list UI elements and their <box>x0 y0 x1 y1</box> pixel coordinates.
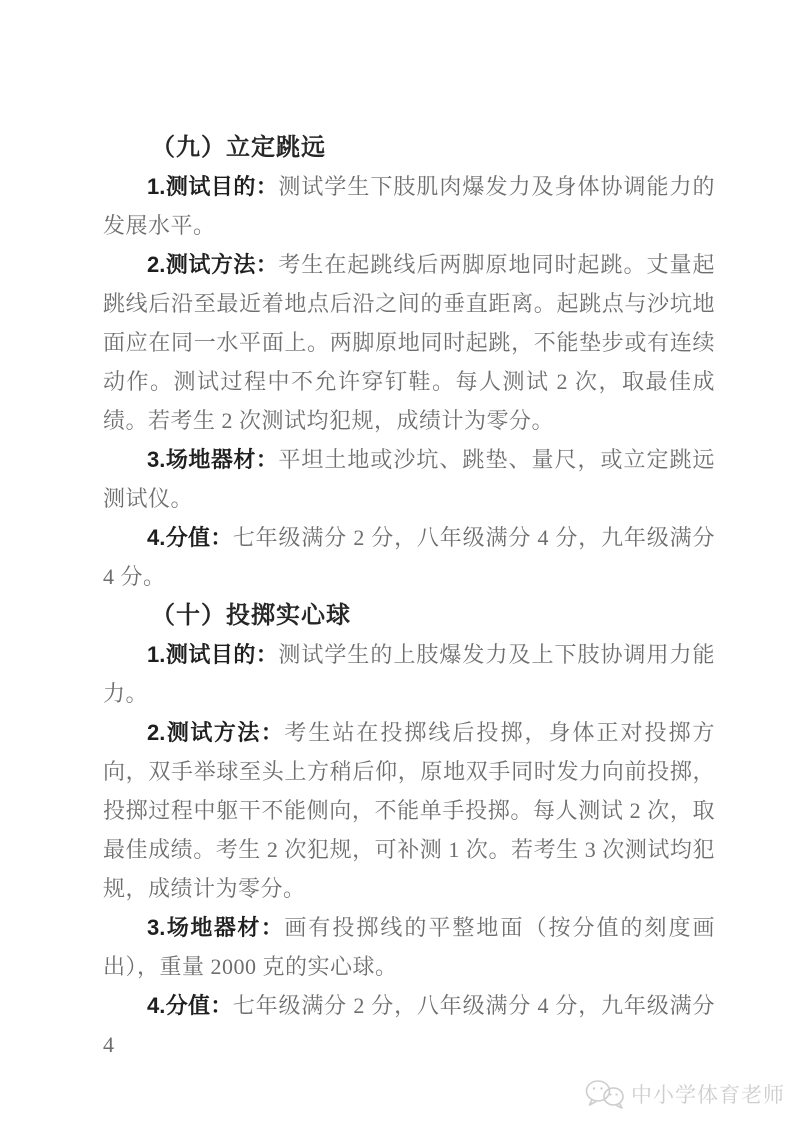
section-heading-medicine-ball-throw: （十）投掷实心球 <box>103 596 715 635</box>
paragraph-test-method: 2.测试方法：考生在起跳线后两脚原地同时起跳。丈量起跳线后沿至最近着地点后沿之间… <box>103 245 715 440</box>
paragraph-test-purpose: 1.测试目的：测试学生的上肢爆发力及上下肢协调用力能力。 <box>103 635 715 713</box>
paragraph-label: 4.分值： <box>147 993 233 1018</box>
paragraph-label: 2.测试方法： <box>147 252 278 277</box>
paragraph-label: 1.测试目的： <box>147 174 278 199</box>
paragraph-label: 2.测试方法： <box>147 720 284 745</box>
watermark-text: 中小学体育老师 <box>631 1079 785 1109</box>
section-heading-standing-long-jump: （九）立定跳远 <box>103 128 715 167</box>
paragraph-label: 4.分值： <box>147 525 233 550</box>
paragraph-equipment: 3.场地器材：画有投掷线的平整地面（按分值的刻度画出），重量 2000 克的实心… <box>103 908 715 986</box>
watermark: 中小学体育老师 <box>584 1078 785 1110</box>
paragraph-label: 1.测试目的： <box>147 642 278 667</box>
document-content: （九）立定跳远 1.测试目的：测试学生下肢肌肉爆发力及身体协调能力的发展水平。 … <box>103 128 715 1064</box>
paragraph-score: 4.分值：七年级满分 2 分，八年级满分 4 分，九年级满分 4 <box>103 986 715 1064</box>
paragraph-text: 考生在起跳线后两脚原地同时起跳。丈量起跳线后沿至最近着地点后沿之间的垂直距离。起… <box>103 252 715 433</box>
paragraph-test-method: 2.测试方法：考生站在投掷线后投掷，身体正对投掷方向，双手举球至头上方稍后仰，原… <box>103 713 715 908</box>
paragraph-score: 4.分值：七年级满分 2 分，八年级满分 4 分，九年级满分 4 分。 <box>103 518 715 596</box>
paragraph-label: 3.场地器材： <box>147 915 284 940</box>
paragraph-label: 3.场地器材： <box>147 447 278 472</box>
paragraph-equipment: 3.场地器材：平坦土地或沙坑、跳垫、量尺，或立定跳远测试仪。 <box>103 440 715 518</box>
paragraph-test-purpose: 1.测试目的：测试学生下肢肌肉爆发力及身体协调能力的发展水平。 <box>103 167 715 245</box>
paragraph-text: 考生站在投掷线后投掷，身体正对投掷方向，双手举球至头上方稍后仰，原地双手同时发力… <box>103 720 715 901</box>
wechat-icon <box>584 1078 626 1110</box>
